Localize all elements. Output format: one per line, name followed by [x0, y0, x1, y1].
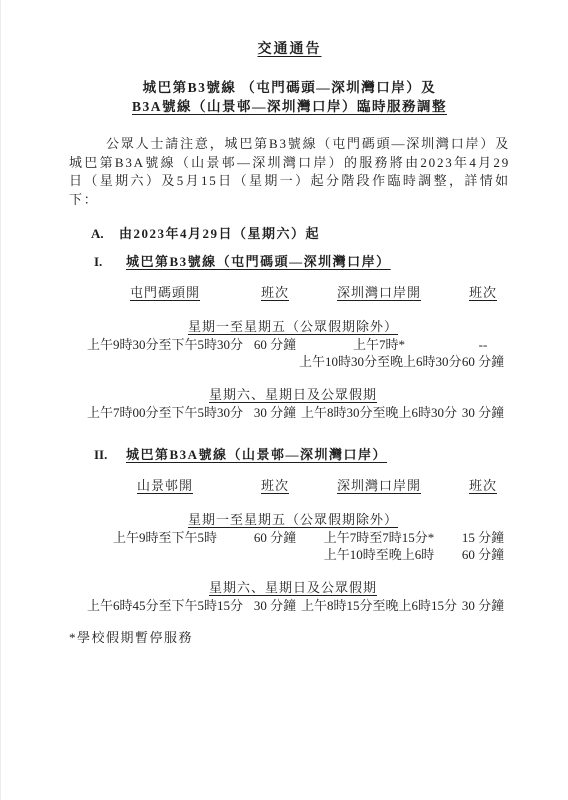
schedule-cell: [79, 353, 251, 370]
phase-a-heading: A. 由2023年4月29日（星期六）起: [91, 226, 510, 241]
schedule-subheader: 星期六、星期日及公眾假期: [79, 386, 507, 403]
column-header-destination: 深圳灣口岸開: [299, 477, 459, 494]
schedule-cell: [251, 546, 299, 563]
column-header-frequency: 班次: [251, 284, 299, 301]
section-route-b3: I. 城巴第B3號線（屯門碼頭—深圳灣口岸） 屯門碼頭開 班次 深圳灣口岸開 班…: [69, 254, 510, 421]
schedule-cell: 上午8時30分至晚上6時30分: [299, 404, 459, 421]
schedule-cell: 上午8時15分至晚上6時15分: [299, 597, 459, 614]
section-i-heading: I. 城巴第B3號線（屯門碼頭—深圳灣口岸）: [94, 254, 510, 270]
table-row: 上午7時00分至下午5時30分 30 分鐘 上午8時30分至晚上6時30分 30…: [79, 404, 507, 421]
schedule-subheader: 星期一至星期五（公眾假期除外）: [79, 318, 507, 335]
schedule-cell: 15 分鐘: [459, 529, 507, 546]
schedule-group-weekend: 星期六、星期日及公眾假期 上午7時00分至下午5時30分 30 分鐘 上午8時3…: [69, 386, 510, 421]
schedule-cell: [79, 546, 251, 563]
column-header-frequency: 班次: [251, 477, 299, 494]
document-page: 交通通告 城巴第B3號線 （屯門碼頭—深圳灣口岸）及 B3A號線（山景邨—深圳灣…: [0, 0, 568, 800]
table-row: 上午9時至下午5時 60 分鐘 上午7時至7時15分* 15 分鐘: [79, 529, 507, 546]
schedule-cell: 60 分鐘: [459, 546, 507, 563]
phase-a-text: 由2023年4月29日（星期六）起: [119, 226, 320, 241]
schedule-cell: 60 分鐘: [251, 529, 299, 546]
subtitle-line-1: 城巴第B3號線 （屯門碼頭—深圳灣口岸）及: [69, 78, 510, 97]
schedule-cell: 60 分鐘: [251, 336, 299, 353]
schedule-cell: 上午10時30分至晚上6時30分: [299, 353, 459, 370]
schedule-header-row: 屯門碼頭開 班次 深圳灣口岸開 班次: [79, 284, 507, 301]
schedule-subheader: 星期六、星期日及公眾假期: [79, 579, 507, 596]
schedule-cell: 上午7時00分至下午5時30分: [79, 404, 251, 421]
subtitle-line-2: B3A號線（山景邨—深圳灣口岸）臨時服務調整: [69, 97, 510, 116]
table-row: 上午6時45分至下午5時15分 30 分鐘 上午8時15分至晚上6時15分 30…: [79, 597, 507, 614]
footnote: *學校假期暫停服務: [69, 630, 510, 646]
schedule-group-weekday: 星期一至星期五（公眾假期除外） 上午9時至下午5時 60 分鐘 上午7時至7時1…: [69, 511, 510, 563]
column-header-frequency: 班次: [459, 284, 507, 301]
section-ii-heading: II. 城巴第B3A號線（山景邨—深圳灣口岸）: [94, 447, 510, 463]
schedule-cell: 上午9時至下午5時: [79, 529, 251, 546]
section-i-route-title: 城巴第B3號線（屯門碼頭—深圳灣口岸）: [126, 254, 391, 270]
schedule-cell: 30 分鐘: [251, 404, 299, 421]
schedule-cell: 60 分鐘: [459, 353, 507, 370]
schedule-cell: 30 分鐘: [459, 597, 507, 614]
section-i-numeral: I.: [94, 254, 126, 270]
schedule-cell: 30 分鐘: [459, 404, 507, 421]
schedule-cell: 上午9時30分至下午5時30分: [79, 336, 251, 353]
schedule-group-weekend: 星期六、星期日及公眾假期 上午6時45分至下午5時15分 30 分鐘 上午8時1…: [69, 579, 510, 614]
schedule-cell: 上午7時*: [299, 336, 459, 353]
schedule-header-row: 山景邨開 班次 深圳灣口岸開 班次: [79, 477, 507, 494]
section-ii-route-title: 城巴第B3A號線（山景邨—深圳灣口岸）: [126, 447, 387, 463]
schedule-cell: 上午6時45分至下午5時15分: [79, 597, 251, 614]
column-header-frequency: 班次: [459, 477, 507, 494]
column-header-destination: 深圳灣口岸開: [299, 284, 459, 301]
schedule-cell: 上午10時至晚上6時: [299, 546, 459, 563]
schedule-group-weekday: 星期一至星期五（公眾假期除外） 上午9時30分至下午5時30分 60 分鐘 上午…: [69, 318, 510, 370]
page-title: 交通通告: [69, 42, 510, 58]
section-route-b3a: II. 城巴第B3A號線（山景邨—深圳灣口岸） 山景邨開 班次 深圳灣口岸開 班…: [69, 447, 510, 614]
schedule-cell: 上午7時至7時15分*: [299, 529, 459, 546]
schedule-subheader: 星期一至星期五（公眾假期除外）: [79, 511, 507, 528]
phase-a-label: A.: [91, 226, 119, 241]
schedule-cell: --: [459, 336, 507, 353]
table-row: 上午10時30分至晚上6時30分 60 分鐘: [79, 353, 507, 370]
schedule-cell: [251, 353, 299, 370]
table-row: 上午9時30分至下午5時30分 60 分鐘 上午7時* --: [79, 336, 507, 353]
notice-subtitle: 城巴第B3號線 （屯門碼頭—深圳灣口岸）及 B3A號線（山景邨—深圳灣口岸）臨時…: [69, 78, 510, 116]
table-row: 上午10時至晚上6時 60 分鐘: [79, 546, 507, 563]
column-header-origin: 山景邨開: [79, 477, 251, 494]
section-ii-numeral: II.: [94, 447, 126, 463]
intro-paragraph: 公眾人士請注意，城巴第B3號線（屯門碼頭—深圳灣口岸）及城巴第B3A號線（山景邨…: [69, 135, 510, 209]
column-header-origin: 屯門碼頭開: [79, 284, 251, 301]
schedule-cell: 30 分鐘: [251, 597, 299, 614]
